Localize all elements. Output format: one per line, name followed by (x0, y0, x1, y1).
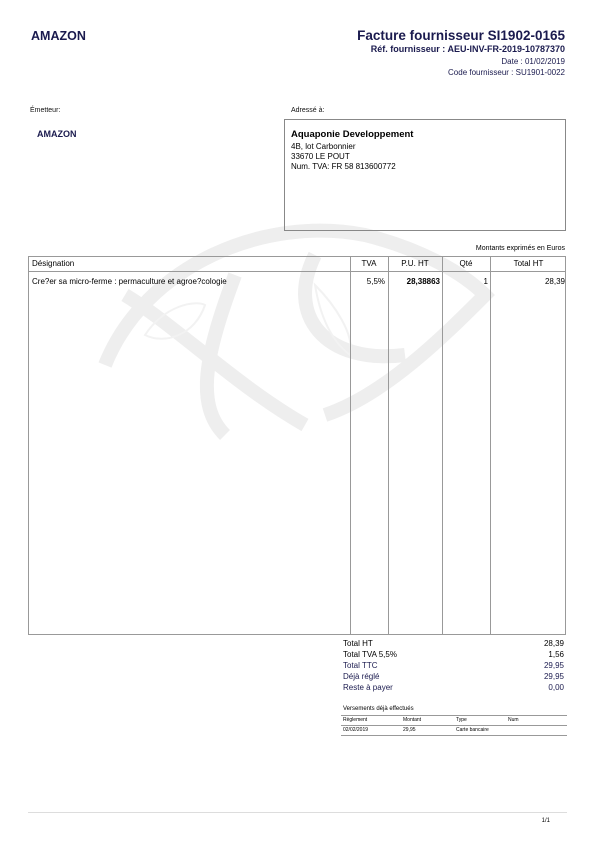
table-header-divider (29, 271, 565, 272)
total-label: Reste à payer (343, 683, 393, 692)
total-ht-row: Total HT 28,39 (343, 639, 564, 648)
payments-title: Versements déjà effectués (343, 706, 414, 712)
item-tva: 5,5% (350, 277, 385, 286)
total-ttc-row: Total TTC 29,95 (343, 661, 564, 670)
column-divider (490, 257, 491, 634)
recipient-label: Adressé à: (291, 107, 324, 114)
footer-divider (28, 812, 567, 813)
already-paid-row: Déjà réglé 29,95 (343, 672, 564, 681)
payment-date: 02/02/2019 (343, 727, 368, 733)
payments-column-header: Règlement (343, 717, 367, 723)
payment-type: Carte bancaire (456, 727, 489, 733)
item-designation: Cre?er sa micro-ferme : permaculture et … (32, 277, 227, 286)
emitter-label: Émetteur: (30, 107, 60, 114)
items-table: Désignation TVA P.U. HT Qté Total HT Cre… (28, 256, 566, 635)
total-value: 29,95 (544, 672, 564, 681)
item-unit-price: 28,38863 (388, 277, 440, 286)
total-value: 0,00 (548, 683, 564, 692)
column-header-tva: TVA (350, 259, 388, 268)
total-value: 1,56 (548, 650, 564, 659)
emitter-name: AMAZON (37, 129, 77, 139)
column-header-unit-price: P.U. HT (388, 259, 442, 268)
total-label: Total HT (343, 639, 373, 648)
column-divider (442, 257, 443, 634)
total-tva-row: Total TVA 5,5% 1,56 (343, 650, 564, 659)
remaining-to-pay-row: Reste à payer 0,00 (343, 683, 564, 692)
recipient-name: Aquaponie Developpement (291, 129, 413, 140)
document-title: Facture fournisseur SI1902-0165 (357, 28, 565, 43)
payments-column-header: Num (508, 717, 519, 723)
payments-header-row: Règlement Montant Type Num (341, 715, 567, 726)
total-label: Déjà réglé (343, 672, 379, 681)
payments-column-header: Type (456, 717, 467, 723)
total-label: Total TTC (343, 661, 378, 670)
column-divider (350, 257, 351, 634)
column-header-total-ht: Total HT (490, 259, 567, 268)
company-name: AMAZON (31, 29, 86, 43)
recipient-vat-number: Num. TVA: FR 58 813600772 (291, 162, 396, 171)
payment-amount: 29,95 (403, 727, 416, 733)
invoice-date: Date : 01/02/2019 (501, 57, 565, 66)
currency-note: Montants exprimés en Euros (476, 245, 565, 252)
total-value: 29,95 (544, 661, 564, 670)
total-value: 28,39 (544, 639, 564, 648)
column-header-quantity: Qté (442, 259, 490, 268)
item-quantity: 1 (442, 277, 488, 286)
recipient-address-line: 4B, lot Carbonnier (291, 142, 355, 151)
recipient-address-line: 33670 LE POUT (291, 152, 350, 161)
total-label: Total TVA 5,5% (343, 650, 397, 659)
column-divider (388, 257, 389, 634)
payment-row: 02/02/2019 29,95 Carte bancaire (341, 726, 567, 736)
payments-table: Règlement Montant Type Num 02/02/2019 29… (341, 715, 567, 736)
page-number: 1/1 (542, 818, 550, 824)
payments-column-header: Montant (403, 717, 421, 723)
supplier-reference: Réf. fournisseur : AEU-INV-FR-2019-10787… (371, 44, 565, 54)
column-header-designation: Désignation (32, 259, 74, 268)
supplier-code: Code fournisseur : SU1901-0022 (448, 68, 565, 77)
item-total-ht: 28,39 (490, 277, 565, 286)
